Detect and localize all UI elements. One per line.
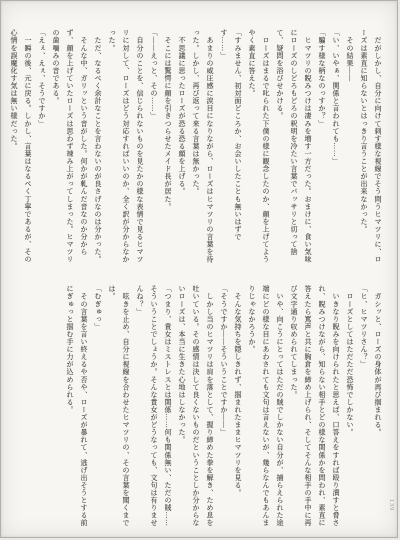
upper-text-block: だがしかし、自分に向けて刺す様な視線でそう問うヒマツリに、ローズは素直に知らない…	[7, 29, 385, 267]
novel-page: だがしかし、自分に向けて刺す様な視線でそう問うヒマツリに、ローズは素直に知らない…	[0, 0, 398, 538]
paragraph: 「騙す様な柄なのっすか？」	[315, 29, 329, 267]
paragraph: 呟きを止め、自分に視線を合わせたヒマツリの、その言葉を聞くまでは。	[105, 285, 133, 529]
paragraph: そこには驚愕に顔を引きつらせたメイド長が居た。	[161, 29, 175, 267]
paragraph: そんな中、ガリッという音がした。何かが軋んだ音なのか分からず、顔を上げていたロー…	[49, 29, 91, 267]
paragraph: 「すみません、初対面どころか、お会いしたことも無いはずです……」	[217, 29, 245, 267]
paragraph: 「ヒ、ヒマツリさん？」	[357, 285, 371, 529]
paragraph: その結果――	[343, 29, 357, 267]
paragraph: いきなり睨みを向けられたと思えば、口答えをすれば殴り潰すと脅され、睨みつけながら…	[287, 285, 343, 529]
paragraph: いや、向こうにとってはただの賊でしかない自分が、捕らえられた途端にどの様な目にあ…	[245, 285, 287, 529]
paragraph: 不思議に思ったローズが恐る恐る顔を上げる。	[175, 29, 189, 267]
paragraph: そんな気持ちを隠しきれず、掴まれたままヒマツリを見る。	[231, 285, 245, 529]
paragraph: ローズとしてはただただ恐怖でしかない。	[343, 285, 357, 529]
paragraph: あまりの威圧感に涙目になりながら、ローズはヒマツリの言葉を待った。しかし、再び返…	[189, 29, 217, 267]
paragraph: ガシッと、ローズの身体が再び掴まれる。	[371, 285, 385, 529]
paragraph: 「むぎゅっ」	[91, 285, 105, 529]
paragraph: ただ、なるべく余計なことを言わないのが良さげなのは分かった。	[91, 29, 105, 267]
paragraph: 「そうですか――そういうことですか――」	[217, 285, 231, 529]
paragraph: ローズはまるで叱られた下僕の様に観念したのか、顔を上げてようやく素直に答えた。	[245, 29, 273, 267]
paragraph: だがしかし、自分に向けて刺す様な視線でそう問うヒマツリに、ローズは素直に知らない…	[357, 29, 385, 267]
paragraph: 「つまり、貴女はミストレスとは関係……何も関係無い、ただの賊……そういうことでし…	[133, 285, 175, 529]
paragraph: 「い、いやぁ、関係と言われても……」	[329, 29, 343, 267]
paragraph: 自分のことを、信じられないものを見たかの様な表情で見るヒマツリに対して、ローズは…	[105, 29, 147, 267]
paragraph: 「えぇ、えぇ、そうですか」	[35, 29, 49, 267]
paragraph: 一瞬の後、元に戻る。しかし、言葉はなるべく丁寧であるが、その心情を誤魔化す気は無…	[7, 29, 35, 267]
paragraph: しかし当のヒマツリは肩を落として、握り締めた拳を解き、ため息を吐いている。その感…	[175, 285, 217, 529]
lower-text-block: ガシッと、ローズの身体が再び掴まれる。「ヒ、ヒマツリさん？」 ローズとしてはただ…	[7, 285, 385, 529]
paragraph: その言葉を言い終えるや否や、ローズが暴れて、逃げ出そうとする前にぎゅっと掴む手に…	[63, 285, 91, 529]
paragraph: 「――えっと、その……」	[147, 29, 161, 267]
page-number: 139	[388, 499, 394, 511]
paragraph: ヒマツリの睨みつけは凄みを増す一方だった。おまけに、食い気味にローズのしどろもど…	[273, 29, 315, 267]
